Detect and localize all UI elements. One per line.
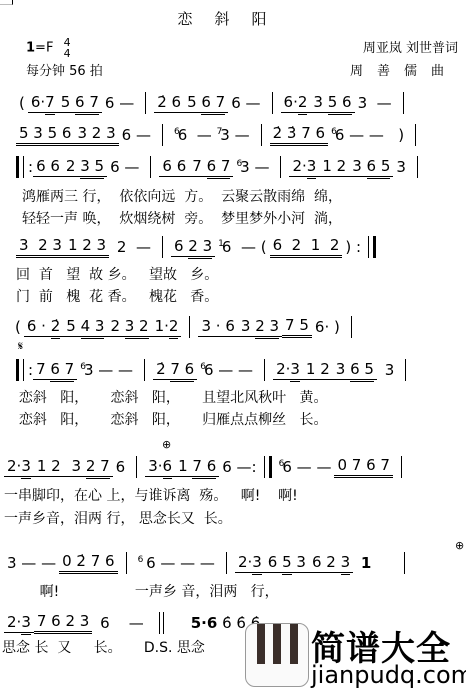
staff-row-6: : 7 6 763 — — 2̇ 7 666 — — 2·31 23 6 5 3	[0, 355, 466, 385]
lyrics-verse1-line1: 鸿雁两三 行， 依依向远 方。 云聚云散雨绵 绵，	[22, 186, 466, 206]
key-do: 1	[26, 41, 35, 56]
lyrics-verse2-line4: 一声乡音，泪两 行， 思念长又 长。	[4, 508, 466, 528]
watermark-logo: 简谱大全 jianpudq.com	[245, 623, 466, 688]
time-signature: 44	[64, 37, 71, 59]
lyricist: 周亚岚 刘世普词	[363, 37, 458, 56]
lyrics-verse1-line2: 回 首 望 故 乡。 望故 乡。	[16, 264, 466, 284]
staff-row-5: ( 6 · 2̇5 4 32 3 21·2 3 · 63 2 37 56· )	[0, 312, 466, 342]
coda-sign-1: ⊕	[162, 438, 171, 451]
staff-row-8: 3 — —0 2̇ 7 6 6 6 — — — 2·36 5 36 2 3 1	[0, 548, 466, 578]
staff-row-1: ( 6·75 6 76 — 2̇ 65 6 76 — 6·23 5 63 —	[0, 88, 466, 118]
staff-row-4: 3 2 31 2 3 2 — 6 2 316 — (6 2 1 2) :	[0, 232, 466, 262]
staff-row-3: : 6 62 3 56 — 6 67 6 763 — 2·31 23 6 53	[0, 152, 466, 182]
watermark-url: jianpudq.com	[311, 661, 466, 688]
key-signature: 1=F 44	[26, 37, 71, 59]
composer: 周善儒曲	[350, 60, 458, 79]
corner-mark	[0, 0, 13, 5]
tempo: 每分钟 56 拍	[26, 60, 103, 79]
staff-row-2: 5 3 5 63 2 36 — 66 — 73 — 2̇ 3̇ 7 666 — …	[0, 120, 466, 150]
lyrics-verse1-line4: 一串脚印，在心 上，与谁诉离 殇。 啊! 啊!	[4, 485, 466, 505]
lyrics-verse2-line3: 恋斜 阳， 恋斜 阳， 归雁点点柳丝 长。	[10, 409, 466, 429]
staff-row-7: 2·31 2 3 2 76 3·61 7 66 —: 66 — —0 7 6 7	[0, 452, 466, 482]
lyrics-verse2-line2: 门 前 槐 花 香。 槐花 香。	[16, 286, 466, 306]
lyrics-verse2-line1: 轻轻一声 唤， 炊烟绕树 旁。 梦里梦外小河 淌，	[22, 208, 466, 228]
lyrics-verse1-line3: 恋斜 阳， 恋斜 阳， 且望北风秋叶 黄。	[10, 387, 466, 407]
piano-icon	[245, 623, 309, 687]
lyrics-line5: 啊! 一声乡 音，泪两 行，	[4, 581, 466, 601]
song-title: 恋斜阳	[0, 8, 466, 29]
segno-sign: 𝄋	[18, 339, 23, 354]
